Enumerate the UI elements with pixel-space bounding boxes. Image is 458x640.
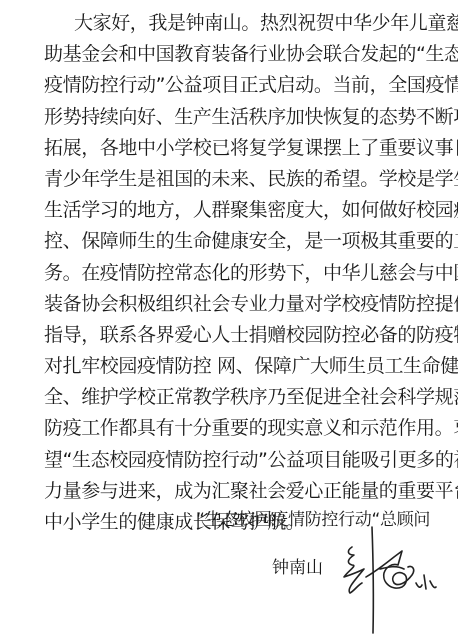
letter-line: 助基金会和中国教育装备行业协会联合发起的“生态校园 xyxy=(44,39,422,70)
letter-line: 生活学习的地方，人群聚集密度大，如何做好校园疫情防 xyxy=(44,195,422,226)
signature-icon xyxy=(336,525,446,637)
letter-line: 指导，联系各界爱心人士捐赠校园防控必备的防疫物资， xyxy=(44,320,422,351)
signer-name: 钟南山 xyxy=(272,553,323,578)
letter-line: 拓展，各地中小学校已将复学复课摆上了重要议事日程。 xyxy=(44,133,422,164)
letter-line: 防疫工作都具有十分重要的现实意义和示范作用。衷心希 xyxy=(44,413,422,444)
letter-body: 大家好，我是钟南山。热烈祝贺中华少年儿童慈善救 助基金会和中国教育装备行业协会联… xyxy=(44,8,422,538)
letter-line: 控、保障师生的生命健康安全，是一项极其重要的工作任 xyxy=(44,226,422,257)
letter-line: 务。在疫情防控常态化的形势下，中华儿慈会与中国教育 xyxy=(44,258,422,289)
letter-line: 装备协会积极组织社会专业力量对学校疫情防控提供精准 xyxy=(44,289,422,320)
letter-line: 大家好，我是钟南山。热烈祝贺中华少年儿童慈善救 xyxy=(44,8,422,39)
letter-line: 对扎牢校园疫情防控 网、保障广大师生员工生命健康安 xyxy=(44,351,422,382)
letter-line: 疫情防控行动”公益项目正式启动。当前，全国疫情防控 xyxy=(44,70,422,101)
letter-line: 望“生态校园疫情防控行动”公益项目能吸引更多的社会 xyxy=(44,445,422,476)
letter-line: 形势持续向好、生产生活秩序加快恢复的态势不断巩固和 xyxy=(44,102,422,133)
letter-line: 力量参与进来，成为汇聚社会爱心正能量的重要平台，为 xyxy=(44,476,422,507)
letter-line: 全、维护学校正常教学秩序乃至促进全社会科学规范开展 xyxy=(44,382,422,413)
letter-line: 青少年学生是祖国的未来、民族的希望。学校是学生集中 xyxy=(44,164,422,195)
